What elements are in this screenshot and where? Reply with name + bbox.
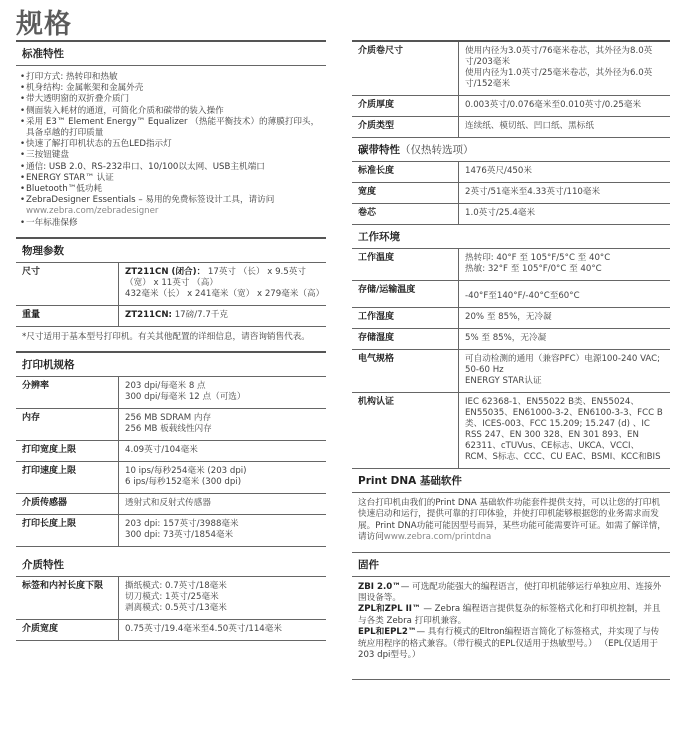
spec-key: 介质类型 xyxy=(352,117,459,138)
list-item: ZebraDesigner Essentials – 易用的免费标签设计工具，请… xyxy=(20,195,326,217)
list-item: Bluetooth™低功耗 xyxy=(20,184,326,195)
zebradesigner-link[interactable]: www.zebra.com/zebradesigner xyxy=(26,206,158,216)
table-row: 介质类型连续纸、模切纸、凹口纸、黑标纸 xyxy=(352,117,670,138)
table-row: 存储/运输温度-40°F至140°F/-40°C至60°C xyxy=(352,281,670,308)
table-row: 介质宽度0.75英寸/19.4毫米至4.50英寸/114毫米 xyxy=(16,619,326,640)
section-heading-physical: 物理参数 xyxy=(16,237,326,263)
list-item: ENERGY STAR™ 认证 xyxy=(20,173,326,184)
spec-key: 尺寸 xyxy=(16,263,119,306)
section-heading-environment: 工作环境 xyxy=(352,225,670,249)
media-table: 标签和内衬长度下限撕纸模式: 0.7英寸/18毫米切刀模式: 1英寸/25毫米剥… xyxy=(16,577,326,641)
spec-key: 标签和内衬长度下限 xyxy=(16,577,119,620)
physical-table: 尺寸 ZT211CN (闭合)： 17英寸 （长） x 9.5英寸 （宽） x … xyxy=(16,263,326,327)
spec-key: 重量 xyxy=(16,305,119,326)
table-row: 宽度2英寸/51毫米至4.33英寸/110毫米 xyxy=(352,183,670,204)
spec-key: 机构认证 xyxy=(352,393,459,469)
table-row: 卷芯1.0英寸/25.4毫米 xyxy=(352,204,670,225)
spec-value: 5% 至 85%，无冷凝 xyxy=(459,329,671,350)
table-row: 工作湿度20% 至 85%，无冷凝 xyxy=(352,308,670,329)
page-title: 规格 xyxy=(16,2,72,41)
spec-value: 20% 至 85%，无冷凝 xyxy=(459,308,671,329)
list-item: 通信: USB 2.0、RS-232串口、10/100以太网、USB主机端口 xyxy=(20,162,326,173)
table-row: 机构认证IEC 62368-1、EN55022 B类、EN55024、 EN55… xyxy=(352,393,670,469)
spec-key: 电气规格 xyxy=(352,350,459,393)
spec-key: 存储湿度 xyxy=(352,329,459,350)
firmware-item: EPL和EPL2™— 具有行模式的Eltron编程语言简化了标签格式，并实现了与… xyxy=(358,627,666,661)
list-item: 采用 E3™ Element Energy™ Equalizer （热能平衡技术… xyxy=(20,117,326,139)
spec-key: 工作温度 xyxy=(352,249,459,281)
spec-key: 存储/运输温度 xyxy=(352,281,459,308)
spec-value: 10 ips/每秒254毫米 (203 dpi)6 ips/每秒152毫米 (3… xyxy=(119,461,327,493)
spec-key: 打印长度上限 xyxy=(16,514,119,546)
section-heading-media: 介质特性 xyxy=(16,553,326,577)
spec-value: IEC 62368-1、EN55022 B类、EN55024、 EN55035、… xyxy=(459,393,671,469)
table-row: 存储湿度5% 至 85%，无冷凝 xyxy=(352,329,670,350)
table-row: 尺寸 ZT211CN (闭合)： 17英寸 （长） x 9.5英寸 （宽） x … xyxy=(16,263,326,306)
spec-value: ZT211CN: 17磅/7.7千克 xyxy=(119,305,327,326)
section-heading-printdna: Print DNA 基础软件 xyxy=(352,469,670,493)
table-row: 标签和内衬长度下限撕纸模式: 0.7英寸/18毫米切刀模式: 1英寸/25毫米剥… xyxy=(16,577,326,620)
spec-value: 203 dpi/每毫米 8 点300 dpi/每毫米 12 点（可选） xyxy=(119,377,327,409)
firmware-text: ZBI 2.0™— 可选配功能强大的编程语言，使打印机能够运行单独应用、连接外围… xyxy=(352,577,670,681)
section-heading-standard: 标准特性 xyxy=(16,40,326,66)
spec-value: 0.003英寸/0.076毫米至0.010英寸/0.25毫米 xyxy=(459,96,671,117)
environment-table: 工作温度热转印: 40°F 至 105°F/5°C 至 40°C热敏: 32°F… xyxy=(352,249,670,469)
spec-value: 可自动检测的通用（兼容PFC）电源100-240 VAC; 50-60 HzEN… xyxy=(459,350,671,393)
spec-key: 介质卷尺寸 xyxy=(352,41,459,96)
list-item: 三按钮键盘 xyxy=(20,150,326,161)
spec-value: 0.75英寸/19.4毫米至4.50英寸/114毫米 xyxy=(119,619,327,640)
standard-features-list: 打印方式: 热转印和热敏 机身结构: 金属帐架和金属外壳 带大透明窗的双折叠介质… xyxy=(16,66,326,237)
spec-key: 分辨率 xyxy=(16,377,119,409)
spec-value: 使用内径为3.0英寸/76毫米卷芯，其外径为8.0英寸/203毫米使用内径为1.… xyxy=(459,41,671,96)
list-item: 侧面装入耗材的通道，可简化介质和碳带的装入操作 xyxy=(20,106,326,117)
dimensions-note: *尺寸适用于基本型号打印机。有关其他配置的详细信息，请咨询销售代表。 xyxy=(16,327,326,351)
spec-value: 透射式和反射式传感器 xyxy=(119,493,327,514)
spec-value: 连续纸、模切纸、凹口纸、黑标纸 xyxy=(459,117,671,138)
spec-key: 打印宽度上限 xyxy=(16,440,119,461)
spec-value: 203 dpi: 157英寸/3988毫米300 dpi: 73英寸/1854毫… xyxy=(119,514,327,546)
spec-value: -40°F至140°F/-40°C至60°C xyxy=(459,281,671,308)
media-continued-table: 介质卷尺寸使用内径为3.0英寸/76毫米卷芯，其外径为8.0英寸/203毫米使用… xyxy=(352,40,670,138)
table-row: 分辨率203 dpi/每毫米 8 点300 dpi/每毫米 12 点（可选） xyxy=(16,377,326,409)
spec-key: 宽度 xyxy=(352,183,459,204)
list-item: 快速了解打印机状态的五色LED指示灯 xyxy=(20,139,326,150)
spec-value: 256 MB SDRAM 内存256 MB 板载线性闪存 xyxy=(119,408,327,440)
left-column: 标准特性 打印方式: 热转印和热敏 机身结构: 金属帐架和金属外壳 带大透明窗的… xyxy=(16,40,326,641)
list-item: 带大透明窗的双折叠介质门 xyxy=(20,94,326,105)
firmware-item: ZPL和ZPL II™ — Zebra 编程语言提供复杂的标签格式化和打印机控制… xyxy=(358,604,666,627)
list-item-text: ZebraDesigner Essentials – 易用的免费标签设计工具，请… xyxy=(26,195,274,205)
table-row: 介质厚度0.003英寸/0.076毫米至0.010英寸/0.25毫米 xyxy=(352,96,670,117)
table-row: 电气规格可自动检测的通用（兼容PFC）电源100-240 VAC; 50-60 … xyxy=(352,350,670,393)
list-item: 打印方式: 热转印和热敏 xyxy=(20,72,326,83)
printdna-link[interactable]: www.zebra.com/printdna xyxy=(384,532,491,542)
section-heading-firmware: 固件 xyxy=(352,553,670,577)
spec-key: 打印速度上限 xyxy=(16,461,119,493)
table-row: 工作温度热转印: 40°F 至 105°F/5°C 至 40°C热敏: 32°F… xyxy=(352,249,670,281)
table-row: 打印长度上限203 dpi: 157英寸/3988毫米300 dpi: 73英寸… xyxy=(16,514,326,546)
spec-key: 标准长度 xyxy=(352,162,459,183)
spec-value: ZT211CN (闭合)： 17英寸 （长） x 9.5英寸 （宽） x 11英… xyxy=(119,263,327,306)
table-row: 标准长度1476英尺/450米 xyxy=(352,162,670,183)
table-row: 打印速度上限10 ips/每秒254毫米 (203 dpi)6 ips/每秒15… xyxy=(16,461,326,493)
spec-key: 工作湿度 xyxy=(352,308,459,329)
spec-value: 1476英尺/450米 xyxy=(459,162,671,183)
table-row: 打印宽度上限4.09英寸/104毫米 xyxy=(16,440,326,461)
printer-table: 分辨率203 dpi/每毫米 8 点300 dpi/每毫米 12 点（可选） 内… xyxy=(16,377,326,547)
spec-key: 介质传感器 xyxy=(16,493,119,514)
spec-value: 1.0英寸/25.4毫米 xyxy=(459,204,671,225)
spec-key: 介质宽度 xyxy=(16,619,119,640)
spec-key: 卷芯 xyxy=(352,204,459,225)
firmware-item: ZBI 2.0™— 可选配功能强大的编程语言，使打印机能够运行单独应用、连接外围… xyxy=(358,582,666,605)
spec-value: 撕纸模式: 0.7英寸/18毫米切刀模式: 1英寸/25毫米剥离模式: 0.5英… xyxy=(119,577,327,620)
spec-value: 热转印: 40°F 至 105°F/5°C 至 40°C热敏: 32°F 至 1… xyxy=(459,249,671,281)
section-heading-ribbon: 碳带特性（仅热转选项） xyxy=(352,138,670,162)
spec-value: 4.09英寸/104毫米 xyxy=(119,440,327,461)
section-heading-printer: 打印机规格 xyxy=(16,351,326,377)
spec-value: 2英寸/51毫米至4.33英寸/110毫米 xyxy=(459,183,671,204)
table-row: 介质卷尺寸使用内径为3.0英寸/76毫米卷芯，其外径为8.0英寸/203毫米使用… xyxy=(352,41,670,96)
list-item: 机身结构: 金属帐架和金属外壳 xyxy=(20,83,326,94)
right-column: 介质卷尺寸使用内径为3.0英寸/76毫米卷芯，其外径为8.0英寸/203毫米使用… xyxy=(352,40,670,680)
table-row: 重量 ZT211CN: 17磅/7.7千克 xyxy=(16,305,326,326)
ribbon-table: 标准长度1476英尺/450米 宽度2英寸/51毫米至4.33英寸/110毫米 … xyxy=(352,162,670,225)
printdna-text: 这台打印机由我们的Print DNA 基础软件功能套件提供支持，可以让您的打印机… xyxy=(352,493,670,553)
spec-key: 内存 xyxy=(16,408,119,440)
list-item: 一年标准保修 xyxy=(20,218,326,229)
table-row: 介质传感器透射式和反射式传感器 xyxy=(16,493,326,514)
spec-key: 介质厚度 xyxy=(352,96,459,117)
table-row: 内存256 MB SDRAM 内存256 MB 板载线性闪存 xyxy=(16,408,326,440)
